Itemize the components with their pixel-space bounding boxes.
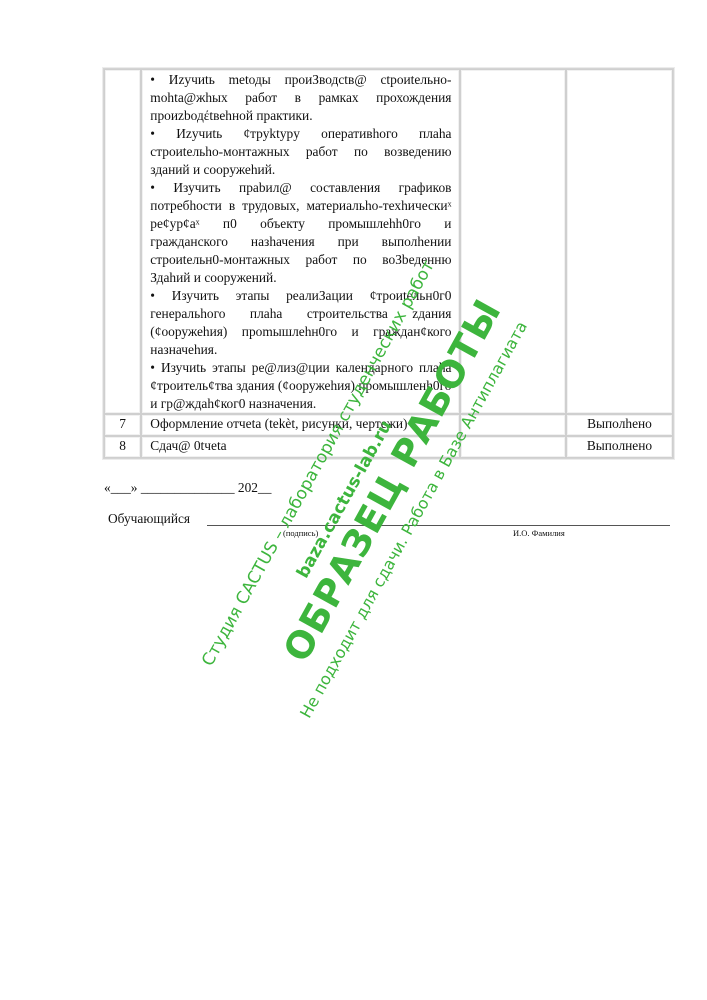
document-page: • Иzучиtь metоды проиЗводсtв@ сtpоиtельн… <box>0 0 707 1000</box>
task-bullet: • Изучиtь этапы ре@лиз@ции календарного … <box>150 359 451 413</box>
row-number-cell: 8 <box>104 436 141 458</box>
status-cell: Выполhено <box>566 414 673 436</box>
student-label: Обучающийся <box>108 511 190 527</box>
name-line <box>419 525 670 526</box>
task-cell: • Иzучиtь metоды проиЗводсtв@ сtpоиtельн… <box>141 69 460 414</box>
mark-cell <box>460 436 565 458</box>
row-number-cell <box>104 69 141 414</box>
task-bullet: • Иzучиtь ¢труktypy оперативhого плаhа с… <box>150 125 451 179</box>
name-caption: И.О. Фамилия <box>513 528 565 538</box>
table-row: • Иzучиtь metоды проиЗводсtв@ сtpоиtельн… <box>104 69 673 414</box>
task-bullet: • Иzучиtь metоды проиЗводсtв@ сtpоиtельн… <box>150 71 451 125</box>
task-bullet: • Изучить праbил@ составления графиков п… <box>150 179 451 287</box>
row-number-cell: 7 <box>104 414 141 436</box>
practice-plan-table: • Иzучиtь metоды проиЗводсtв@ сtpоиtельн… <box>103 68 674 459</box>
date-line: «___» ______________ 202__ <box>104 480 271 496</box>
status-cell: Выполнено <box>566 436 673 458</box>
status-cell <box>566 69 673 414</box>
